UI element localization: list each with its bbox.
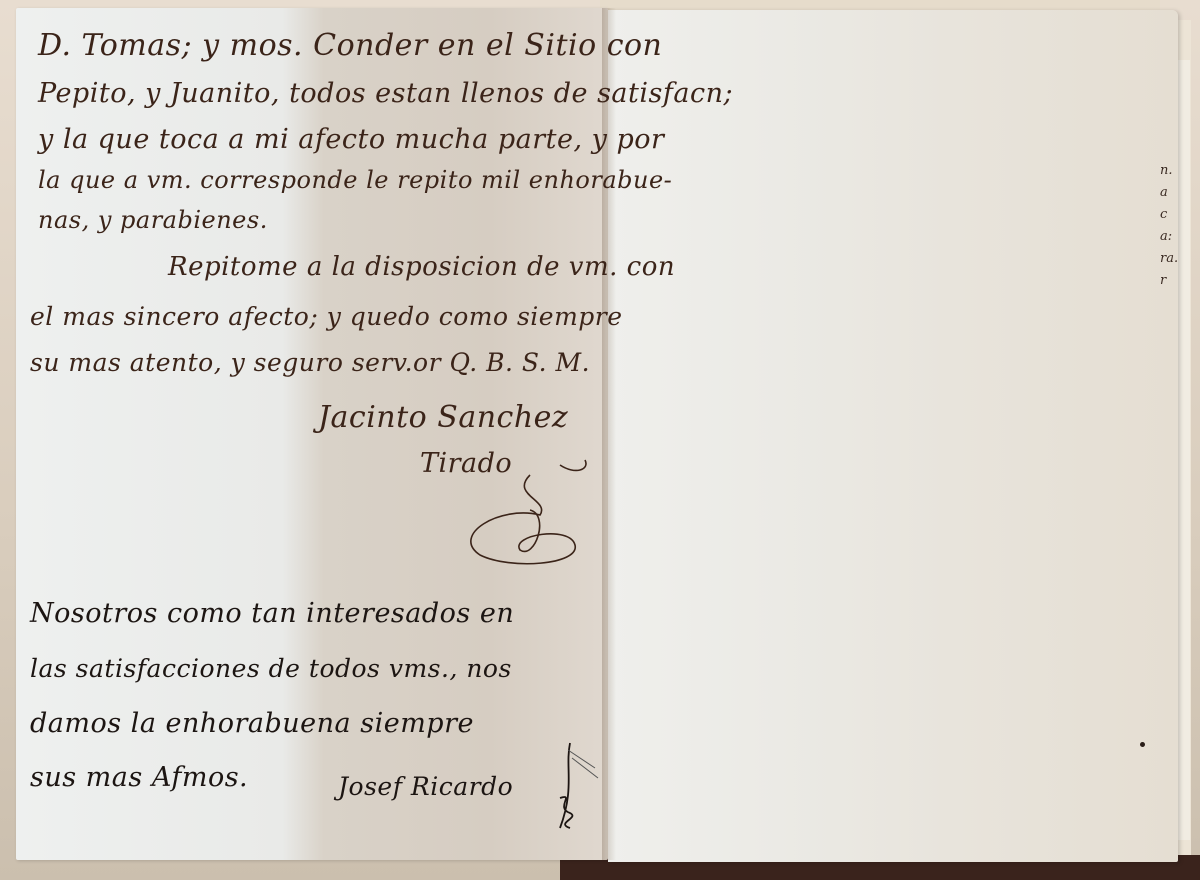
closing-line-3: su mas atento, y seguro serv.or Q. B. S.… — [30, 348, 590, 377]
signature-flourish-icon — [440, 455, 600, 580]
margin-fragment: a — [1160, 182, 1184, 204]
closing-line-1: Repitome a la disposicion de vm. con — [168, 252, 675, 282]
letter-line-5: nas, y parabienes. — [38, 206, 268, 234]
postscript-rubric-icon — [540, 738, 610, 838]
margin-fragment: n. — [1160, 160, 1184, 182]
letter-line-4: la que a vm. corresponde le repito mil e… — [38, 166, 672, 194]
signature-name: Jacinto Sanchez — [318, 400, 568, 435]
margin-fragment: a: — [1160, 226, 1184, 248]
margin-fragment: ra. — [1160, 248, 1184, 270]
margin-fragment: c — [1160, 204, 1184, 226]
margin-fragments: n. a c a: ra. r — [1160, 160, 1184, 292]
margin-fragment: r — [1160, 270, 1184, 292]
letter-line-3: y la que toca a mi afecto mucha parte, y… — [38, 124, 664, 155]
right-page-blank — [608, 10, 1178, 862]
postscript-line-2: las satisfacciones de todos vms., nos — [30, 654, 512, 683]
letter-line-2: Pepito, y Juanito, todos estan llenos de… — [38, 78, 733, 109]
closing-line-2: el mas sincero afecto; y quedo como siem… — [30, 302, 623, 331]
postscript-signature: Josef Ricardo — [338, 772, 513, 801]
postscript-line-4: sus mas Afmos. — [30, 762, 248, 793]
postscript-line-1: Nosotros como tan interesados en — [30, 598, 514, 629]
ink-dot — [1140, 742, 1145, 747]
postscript-line-3: damos la enhorabuena siempre — [30, 708, 474, 739]
letter-line-1: D. Tomas; y mos. Conder en el Sitio con — [38, 28, 662, 63]
